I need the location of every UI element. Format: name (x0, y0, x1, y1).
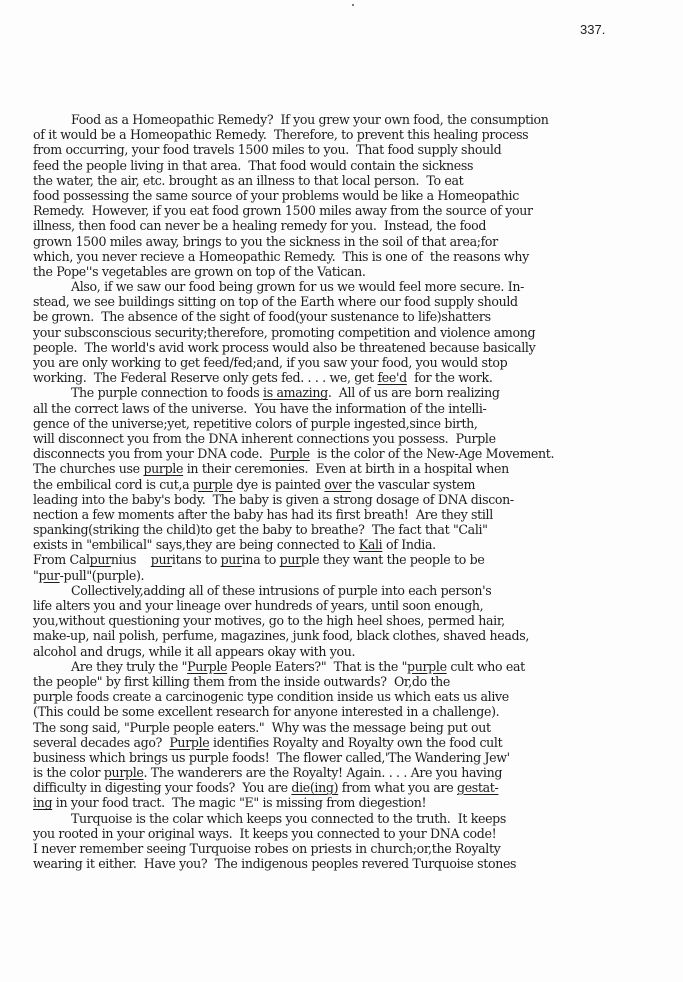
text-line: spanking(striking the child)to get the b… (33, 522, 663, 537)
text-segment: ina to (242, 552, 280, 567)
text-segment: from what you are (338, 780, 457, 795)
text-segment: People Eaters?" That is the " (227, 659, 407, 674)
text-line: food possessing the same source of your … (33, 188, 663, 203)
text-line: which, you never recieve a Homeopathic R… (33, 249, 663, 264)
text-line: wearing it either. Have you? The indigen… (33, 856, 663, 871)
text-line: the water, the air, etc. brought as an i… (33, 173, 663, 188)
text-segment: purple foods create a carcinogenic type … (33, 689, 509, 704)
text-line: is the color purple. The wanderers are t… (33, 765, 663, 780)
text-segment: make-up, nail polish, perfume, magazines… (33, 628, 529, 643)
text-segment: Collectively,adding all of these intrusi… (71, 583, 491, 598)
text-line: nection a few moments after the baby has… (33, 507, 663, 522)
text-segment: difficulty in digesting your foods? You … (33, 780, 291, 795)
text-line: purple foods create a carcinogenic type … (33, 689, 663, 704)
text-line: people. The world's avid work process wo… (33, 340, 663, 355)
text-segment: The song said, "Purple people eaters." W… (33, 720, 491, 735)
document-body: Food as a Homeopathic Remedy? If you gre… (33, 112, 663, 871)
text-line: you are only working to get feed/fed;and… (33, 355, 663, 370)
text-segment: from occurring, your food travels 1500 m… (33, 142, 501, 157)
text-segment: Turquoise is the colar which keeps you c… (71, 811, 506, 826)
text-segment: of it would be a Homeopathic Remedy. The… (33, 127, 528, 142)
text-segment: is the color of the New-Age Movement. (310, 446, 554, 461)
text-line: feed the people living in that area. Tha… (33, 158, 663, 173)
text-segment: your subsconscious security;therefore, p… (33, 325, 535, 340)
text-segment: Also, if we saw our food being grown for… (71, 279, 524, 294)
underlined-text: pur (151, 552, 172, 567)
text-segment: illness, then food can never be a healin… (33, 218, 486, 233)
underlined-text: purple (193, 477, 233, 492)
text-segment: stead, we see buildings sitting on top o… (33, 294, 518, 309)
underlined-text: Kali (359, 537, 383, 552)
text-segment: is the color (33, 765, 104, 780)
text-segment: the embilical cord is cut,a (33, 477, 193, 492)
text-segment: (This could be some excellent research f… (33, 704, 499, 719)
text-segment: life alters you and your lineage over hu… (33, 598, 483, 613)
text-line: The purple connection to foods is amazin… (33, 385, 663, 400)
text-line: the Pope''s vegetables are grown on top … (33, 264, 663, 279)
underlined-text: pur (221, 552, 242, 567)
underlined-text: purple (104, 765, 144, 780)
text-segment: grown 1500 miles away, brings to you the… (33, 234, 498, 249)
text-segment: alcohol and drugs, while it all appears … (33, 644, 355, 659)
text-line: the people" by first killing them from t… (33, 674, 663, 689)
text-line: Food as a Homeopathic Remedy? If you gre… (33, 112, 663, 127)
text-line: grown 1500 miles away, brings to you the… (33, 234, 663, 249)
underlined-text: Purple (169, 735, 209, 750)
text-segment: The purple connection to foods (71, 385, 263, 400)
text-segment: ple they want the people to be (301, 552, 485, 567)
text-line: exists in "embilical" says,they are bein… (33, 537, 663, 552)
text-segment: The churches use (33, 461, 143, 476)
text-line: your subsconscious security;therefore, p… (33, 325, 663, 340)
scan-speck (352, 4, 354, 6)
page-number: 337. (580, 22, 605, 37)
underlined-text: Purple (270, 446, 310, 461)
text-segment: be grown. The absence of the sight of fo… (33, 309, 491, 324)
text-segment: you,without questioning your motives, go… (33, 613, 505, 628)
text-line: leading into the baby's body. The baby i… (33, 492, 663, 507)
text-line: ing in your food tract. The magic "E" is… (33, 795, 663, 810)
underlined-text: pur (38, 568, 59, 583)
text-segment: the people" by first killing them from t… (33, 674, 450, 689)
text-line: The churches use purple in their ceremon… (33, 461, 663, 476)
text-segment: From Cal (33, 552, 90, 567)
text-line: The song said, "Purple people eaters." W… (33, 720, 663, 735)
text-segment: you rooted in your original ways. It kee… (33, 826, 496, 841)
text-segment: identifies Royalty and Royalty own the f… (209, 735, 502, 750)
text-segment: Are they truly the " (71, 659, 187, 674)
text-line: you,without questioning your motives, go… (33, 613, 663, 628)
underlined-text: Purple (187, 659, 227, 674)
text-segment: in their ceremonies. Even at birth in a … (183, 461, 509, 476)
text-line: From Calpurnius puritans to purina to pu… (33, 552, 663, 567)
text-segment: dye is painted (233, 477, 325, 492)
underlined-text: fee'd (377, 370, 406, 385)
text-line: alcohol and drugs, while it all appears … (33, 644, 663, 659)
text-line: be grown. The absence of the sight of fo… (33, 309, 663, 324)
text-line: Turquoise is the colar which keeps you c… (33, 811, 663, 826)
text-segment: working. The Federal Reserve only gets f… (33, 370, 377, 385)
text-line: business which brings us purple foods! T… (33, 750, 663, 765)
underlined-text: gestat- (457, 780, 498, 795)
text-segment: itans to (172, 552, 221, 567)
text-segment: the vascular system (351, 477, 475, 492)
underlined-text: pur (280, 552, 301, 567)
text-segment: the Pope''s vegetables are grown on top … (33, 264, 366, 279)
text-segment: gence of the universe;yet, repetitive co… (33, 416, 478, 431)
text-segment: people. The world's avid work process wo… (33, 340, 535, 355)
underlined-text: die(ing) (291, 780, 338, 795)
text-line: several decades ago? Purple identifies R… (33, 735, 663, 750)
text-line: you rooted in your original ways. It kee… (33, 826, 663, 841)
text-segment: . All of us are born realizing (328, 385, 500, 400)
text-segment: Remedy. However, if you eat food grown 1… (33, 203, 533, 218)
text-segment: -pull"(purple). (60, 568, 145, 583)
text-line: difficulty in digesting your foods? You … (33, 780, 663, 795)
text-segment: wearing it either. Have you? The indigen… (33, 856, 516, 871)
text-segment: will disconnect you from the DNA inheren… (33, 431, 496, 446)
text-segment: several decades ago? (33, 735, 169, 750)
text-line: Collectively,adding all of these intrusi… (33, 583, 663, 598)
underlined-text: purple (407, 659, 447, 674)
text-line: the embilical cord is cut,a purple dye i… (33, 477, 663, 492)
text-line: Also, if we saw our food being grown for… (33, 279, 663, 294)
underlined-text: pur (90, 552, 111, 567)
text-segment: nection a few moments after the baby has… (33, 507, 493, 522)
text-segment: food possessing the same source of your … (33, 188, 519, 203)
text-line: illness, then food can never be a healin… (33, 218, 663, 233)
text-line: Are they truly the "Purple People Eaters… (33, 659, 663, 674)
text-segment: spanking(striking the child)to get the b… (33, 522, 488, 537)
text-segment: business which brings us purple foods! T… (33, 750, 510, 765)
text-segment: of India. (382, 537, 435, 552)
text-line: disconnects you from your DNA code. Purp… (33, 446, 663, 461)
text-line: stead, we see buildings sitting on top o… (33, 294, 663, 309)
text-segment: cult who eat (447, 659, 525, 674)
text-line: gence of the universe;yet, repetitive co… (33, 416, 663, 431)
text-line: (This could be some excellent research f… (33, 704, 663, 719)
text-segment: you are only working to get feed/fed;and… (33, 355, 507, 370)
text-segment: disconnects you from your DNA code. (33, 446, 270, 461)
text-segment: . The wanderers are the Royalty! Again. … (143, 765, 502, 780)
text-line: will disconnect you from the DNA inheren… (33, 431, 663, 446)
text-line: from occurring, your food travels 1500 m… (33, 142, 663, 157)
underlined-text: ing (33, 795, 52, 810)
text-line: of it would be a Homeopathic Remedy. The… (33, 127, 663, 142)
text-line: I never remember seeing Turquoise robes … (33, 841, 663, 856)
text-segment: exists in "embilical" says,they are bein… (33, 537, 359, 552)
text-segment: nius (111, 552, 151, 567)
text-line: working. The Federal Reserve only gets f… (33, 370, 663, 385)
text-segment: for the work. (407, 370, 493, 385)
text-segment: all the correct laws of the universe. Yo… (33, 401, 486, 416)
text-line: "pur-pull"(purple). (33, 568, 663, 583)
underlined-text: purple (143, 461, 183, 476)
text-segment: feed the people living in that area. Tha… (33, 158, 473, 173)
text-segment: the water, the air, etc. brought as an i… (33, 173, 463, 188)
text-segment: which, you never recieve a Homeopathic R… (33, 249, 529, 264)
underlined-text: over (324, 477, 351, 492)
text-line: Remedy. However, if you eat food grown 1… (33, 203, 663, 218)
underlined-text: is amazing (263, 385, 328, 400)
text-segment: Food as a Homeopathic Remedy? If you gre… (71, 112, 549, 127)
text-line: life alters you and your lineage over hu… (33, 598, 663, 613)
text-segment: in your food tract. The magic "E" is mis… (52, 795, 426, 810)
text-segment: I never remember seeing Turquoise robes … (33, 841, 500, 856)
text-line: make-up, nail polish, perfume, magazines… (33, 628, 663, 643)
text-line: all the correct laws of the universe. Yo… (33, 401, 663, 416)
text-segment: leading into the baby's body. The baby i… (33, 492, 514, 507)
